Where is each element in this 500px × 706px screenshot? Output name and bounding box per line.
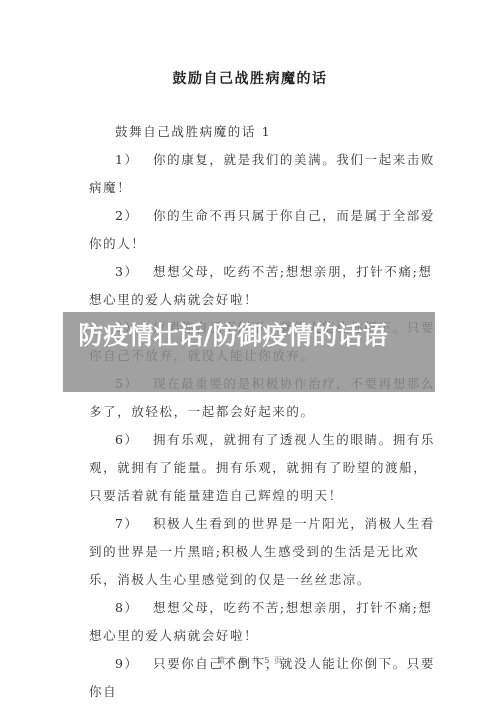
list-item: 2）你的生命不再只属于你自己，而是属于全部爱你的人！: [89, 202, 439, 258]
list-item-number: 7）: [115, 510, 153, 538]
list-item: 8）想想父母，吃药不苦;想想亲朋，打针不痛;想想心里的爱人病就会好啦！: [89, 594, 439, 650]
document-title: 鼓励自己战胜病魔的话: [0, 68, 500, 88]
list-item: 1）你的康复，就是我们的美满。我们一起来击败病魔！: [89, 146, 439, 202]
list-item: 3）想想父母，吃药不苦;想想亲朋，打针不痛;想想心里的爱人病就会好啦！: [89, 258, 439, 314]
document-page: 鼓励自己战胜病魔的话 鼓舞自己战胜病魔的话 1 1）你的康复，就是我们的美满。我…: [0, 0, 500, 706]
list-item: 7）积极人生看到的世界是一片阳光，消极人生看到的世界是一片黑暗;积极人生感受到的…: [89, 510, 439, 594]
list-item-number: 8）: [115, 594, 153, 622]
list-item-number: 1）: [115, 146, 153, 174]
list-item: 6）拥有乐观，就拥有了透视人生的眼睛。拥有乐观，就拥有了能量。拥有乐观，就拥有了…: [89, 426, 439, 510]
list-item-number: 2）: [115, 202, 153, 230]
list-item-number: 6）: [115, 426, 153, 454]
page-footer: 第 1 页 共 5 页: [0, 655, 500, 666]
list-item-number: 3）: [115, 258, 153, 286]
document-body: 鼓舞自己战胜病魔的话 1 1）你的康复，就是我们的美满。我们一起来击败病魔！ 2…: [89, 118, 439, 706]
overlay-title: 防疫情壮话/防御疫情的话语: [63, 318, 403, 354]
document-subtitle: 鼓舞自己战胜病魔的话 1: [89, 118, 439, 146]
